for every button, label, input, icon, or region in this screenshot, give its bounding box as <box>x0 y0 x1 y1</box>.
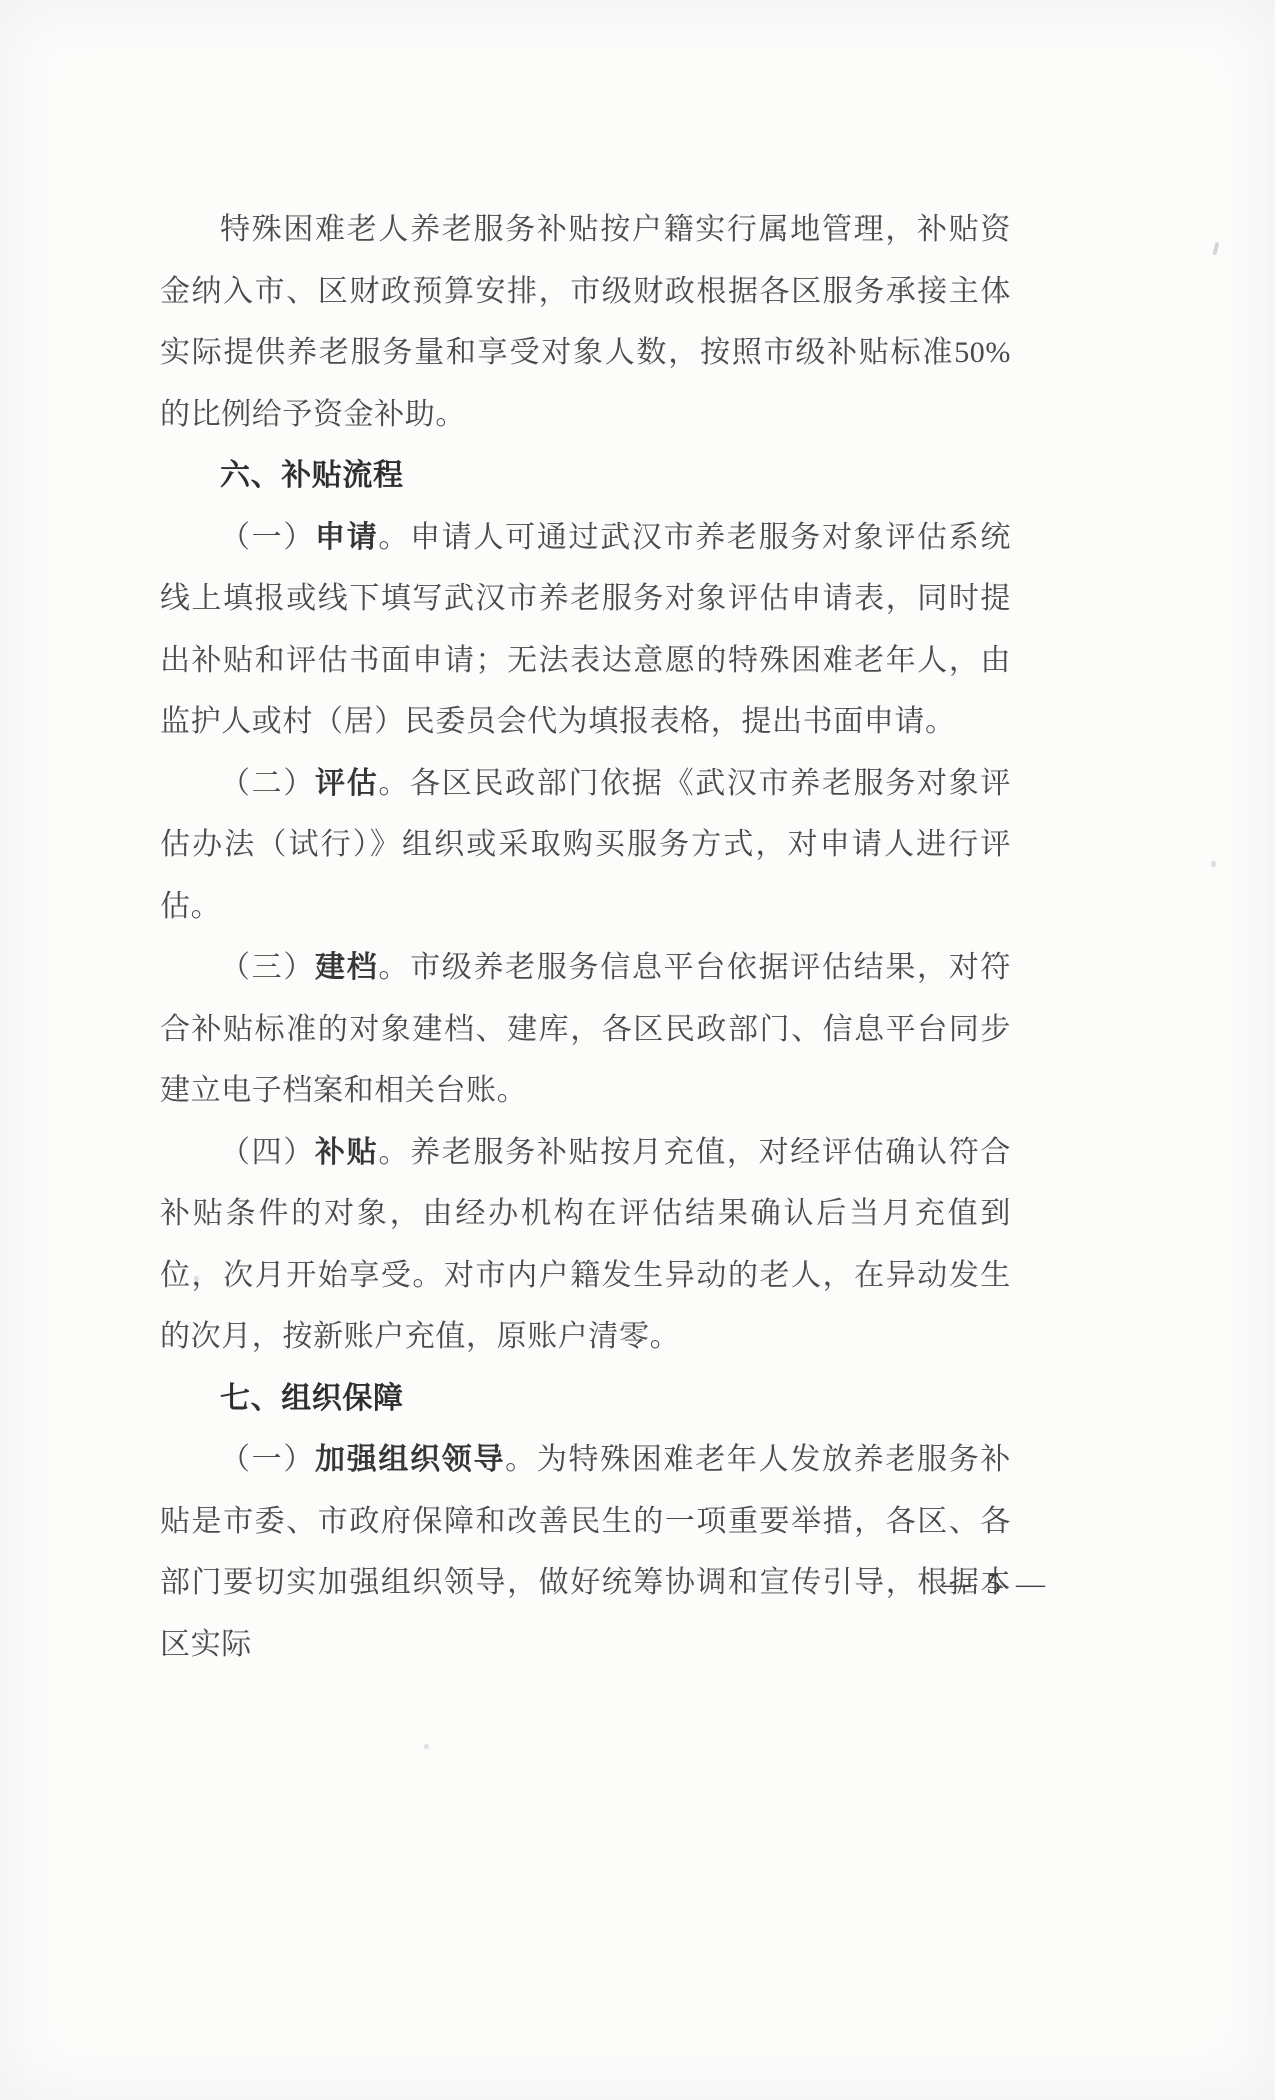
paragraph-lead-period: 。 <box>378 951 410 984</box>
scan-artifact <box>1212 242 1219 256</box>
paragraph-lead-term: 补贴 <box>315 1136 378 1169</box>
body-paragraph: （一）申请。申请人可通过武汉市养老服务对象评估系统线上填报或线下填写武汉市养老服… <box>160 507 1011 753</box>
paragraph-lead-period: 。 <box>378 521 410 554</box>
paragraph-lead-period: 。 <box>505 1443 537 1476</box>
paragraph-lead-term: 建档 <box>315 951 378 984</box>
paragraph-lead-number: （三） <box>220 951 315 984</box>
section-heading-7: 七、组织保障 <box>160 1368 1011 1430</box>
heading-text: 六、补贴流程 <box>220 459 404 492</box>
body-paragraph: 特殊困难老人养老服务补贴按户籍实行属地管理，补贴资金纳入市、区财政预算安排，市级… <box>160 199 1011 445</box>
scan-artifact <box>194 1276 199 1281</box>
body-paragraph: （二）评估。各区民政部门依据《武汉市养老服务对象评估办法（试行）》组织或采取购买… <box>160 753 1011 938</box>
paragraph-lead-period: 。 <box>378 767 410 800</box>
paragraph-text: 特殊困难老人养老服务补贴按户籍实行属地管理，补贴资金纳入市、区财政预算安排，市级… <box>160 213 1011 431</box>
paragraph-lead-period: 。 <box>378 1136 410 1169</box>
paragraph-lead-number: （一） <box>220 521 315 554</box>
body-paragraph: （三）建档。市级养老服务信息平台依据评估结果，对符合补贴标准的对象建档、建库，各… <box>160 937 1011 1122</box>
paragraph-lead-number: （二） <box>220 767 315 800</box>
paragraph-lead-number: （一） <box>220 1443 315 1476</box>
scanned-document-page: 特殊困难老人养老服务补贴按户籍实行属地管理，补贴资金纳入市、区财政预算安排，市级… <box>0 0 1275 2100</box>
paragraph-lead-term: 评估 <box>315 767 378 800</box>
paragraph-lead-term: 申请 <box>315 521 378 554</box>
body-paragraph: （四）补贴。养老服务补贴按月充值，对经评估确认符合补贴条件的对象，由经办机构在评… <box>160 1122 1011 1368</box>
body-paragraph: （一）加强组织领导。为特殊困难老年人发放养老服务补贴是市委、市政府保障和改善民生… <box>160 1429 1011 1675</box>
scan-artifact <box>424 1744 429 1749</box>
paragraph-lead-number: （四） <box>220 1136 315 1169</box>
section-heading-6: 六、补贴流程 <box>160 445 1011 507</box>
paragraph-lead-term: 加强组织领导 <box>315 1443 505 1476</box>
scan-artifact <box>1211 861 1216 867</box>
page-number: — 5 — <box>942 1568 1049 1601</box>
heading-text: 七、组织保障 <box>220 1382 404 1415</box>
document-body: 特殊困难老人养老服务补贴按户籍实行属地管理，补贴资金纳入市、区财政预算安排，市级… <box>160 199 1011 1675</box>
